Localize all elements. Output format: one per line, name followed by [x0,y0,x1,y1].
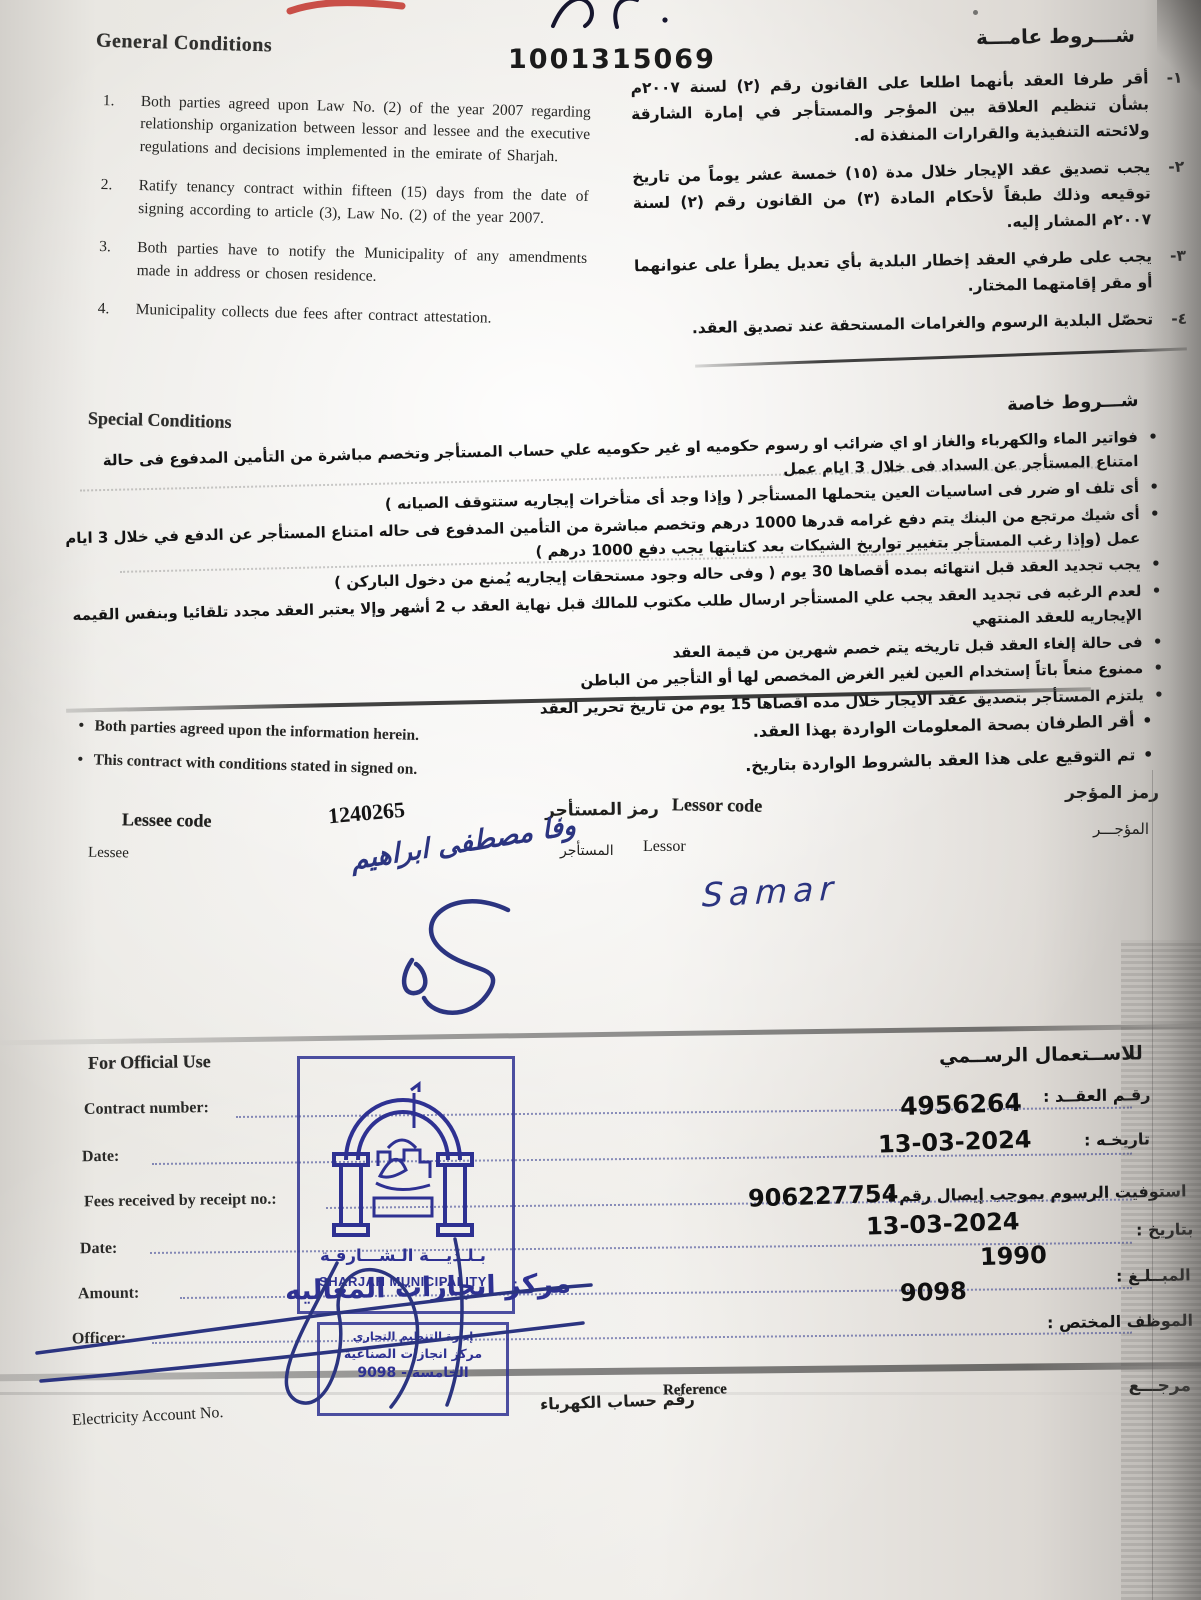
lessor-signature-handwritten: Samar [701,868,839,914]
date1-label-en: Date: [82,1148,120,1167]
item-number: ٣- [1152,243,1187,296]
general-conditions-title-ar: شـــروط عامـــة [976,23,1135,50]
lessor-code-label-en: Lessor code [672,794,763,817]
date1-value: 13-03-2024 [878,1125,1032,1158]
general-condition-en-3: 3. Both parties have to notify the Munic… [98,236,587,293]
scan-fold-shadow [0,1024,1201,1046]
item-number: 4. [97,298,136,321]
item-number: ٢- [1150,154,1185,233]
center-number-value: 9098 [900,1277,968,1307]
special-conditions-title-en: Special Conditions [88,408,232,433]
contract-number-label-ar: رقـم العقــد : [1042,1085,1150,1106]
item-text: تحصّل البلدية الرسوم والغرامات المستحقة … [692,307,1154,342]
lessee-label-ar: المستأجر [560,843,614,859]
general-condition-ar-1: ١- أقر طرفا العقد بأنهما اطلعا على القان… [630,65,1183,154]
agreement-statements-en: Both parties agreed upon the information… [77,709,559,791]
official-use-title-en: For Official Use [88,1051,211,1074]
item-text: Ratify tenancy contract within fifteen (… [138,175,589,231]
reference-label-en: Reference [663,1381,727,1399]
lessor-label-en: Lessor [643,838,686,856]
general-conditions-list-ar: ١- أقر طرفا العقد بأنهما اطلعا على القان… [630,65,1187,354]
general-condition-en-4: 4. Municipality collects due fees after … [97,298,585,332]
special-conditions-title-ar: شـــروط خاصة [1007,390,1139,416]
item-number: 2. [100,174,139,220]
contract-number-value: 4956264 [900,1088,1023,1121]
receipt-number-value: 906227754 [748,1179,899,1212]
item-text: Municipality collects due fees after con… [135,299,491,330]
general-condition-en-2: 2. Ratify tenancy contract within fiftee… [100,174,589,231]
date2-value: 13-03-2024 [866,1207,1020,1240]
official-use-title-ar: للاســتعمال الرســمي [939,1042,1143,1068]
date2-label-ar: بتاريخ : [1136,1220,1194,1240]
item-text: Both parties have to notify the Municipa… [136,237,587,293]
item-number: 1. [101,90,141,158]
general-condition-ar-2: ٢- يجب تصديق عقد الإيجار خلال مدة (١٥) خ… [632,154,1185,243]
red-ink-mark [284,0,409,16]
sharjah-municipality-emblem-icon [328,1048,478,1248]
lessee-code-value: 1240265 [327,797,406,830]
amount-value: 1990 [980,1241,1048,1271]
general-condition-ar-3: ٣- يجب على طرفي العقد إخطار البلدية بأي … [634,243,1187,306]
amount-label-ar: المبــلـغ : [1116,1265,1191,1285]
date1-label-ar: تاريخـه : [1084,1129,1150,1149]
general-condition-en-1: 1. Both parties agreed upon Law No. (2) … [101,90,591,169]
lessor-code-label-ar: رمز المؤجر [1065,783,1159,803]
item-text: أقر طرفا العقد بأنهما اطلعا على القانون … [630,65,1149,153]
general-conditions-list-en: 1. Both parties agreed upon Law No. (2) … [97,90,591,350]
cropped-handwriting-artifact [545,0,715,30]
general-conditions-title-en: General Conditions [96,30,273,58]
item-number: 3. [98,236,137,282]
contract-number-label-en: Contract number: [84,1099,209,1119]
document-serial-number: 1001315069 [508,44,716,75]
lessor-label-ar: المؤجـــر [1093,820,1149,838]
officer-label-ar: الموظف المختص : [1047,1311,1193,1333]
receipt-label-ar: استوفيت الرسوم بموجب إيصال رقم : [887,1181,1187,1205]
item-text: يجب تصديق عقد الإيجار خلال مدة (١٥) خمسة… [632,154,1151,242]
general-condition-ar-4: ٤- تحصّل البلدية الرسوم والغرامات المستح… [635,306,1187,343]
lessee-code-label-en: Lessee code [122,809,212,832]
receipt-label-en: Fees received by receipt no.: [84,1191,277,1212]
lessee-label-en: Lessee [88,845,129,863]
agreement-statements-ar: أقر الطرفان بصحة المعلومات الواردة بهذا … [702,704,1154,784]
ink-speck [973,10,978,15]
scanned-tenancy-contract-page: 1001315069 General Conditions شـــروط عا… [0,0,1201,1600]
item-number: ١- [1148,65,1183,144]
item-text: يجب على طرفي العقد إخطار البلدية بأي تعد… [634,244,1153,306]
item-text: Both parties agreed upon Law No. (2) of … [139,91,591,169]
item-number: ٤- [1153,306,1187,333]
officer-signature-scribble [35,1235,615,1420]
lessee-signature-scribble [358,898,548,1023]
